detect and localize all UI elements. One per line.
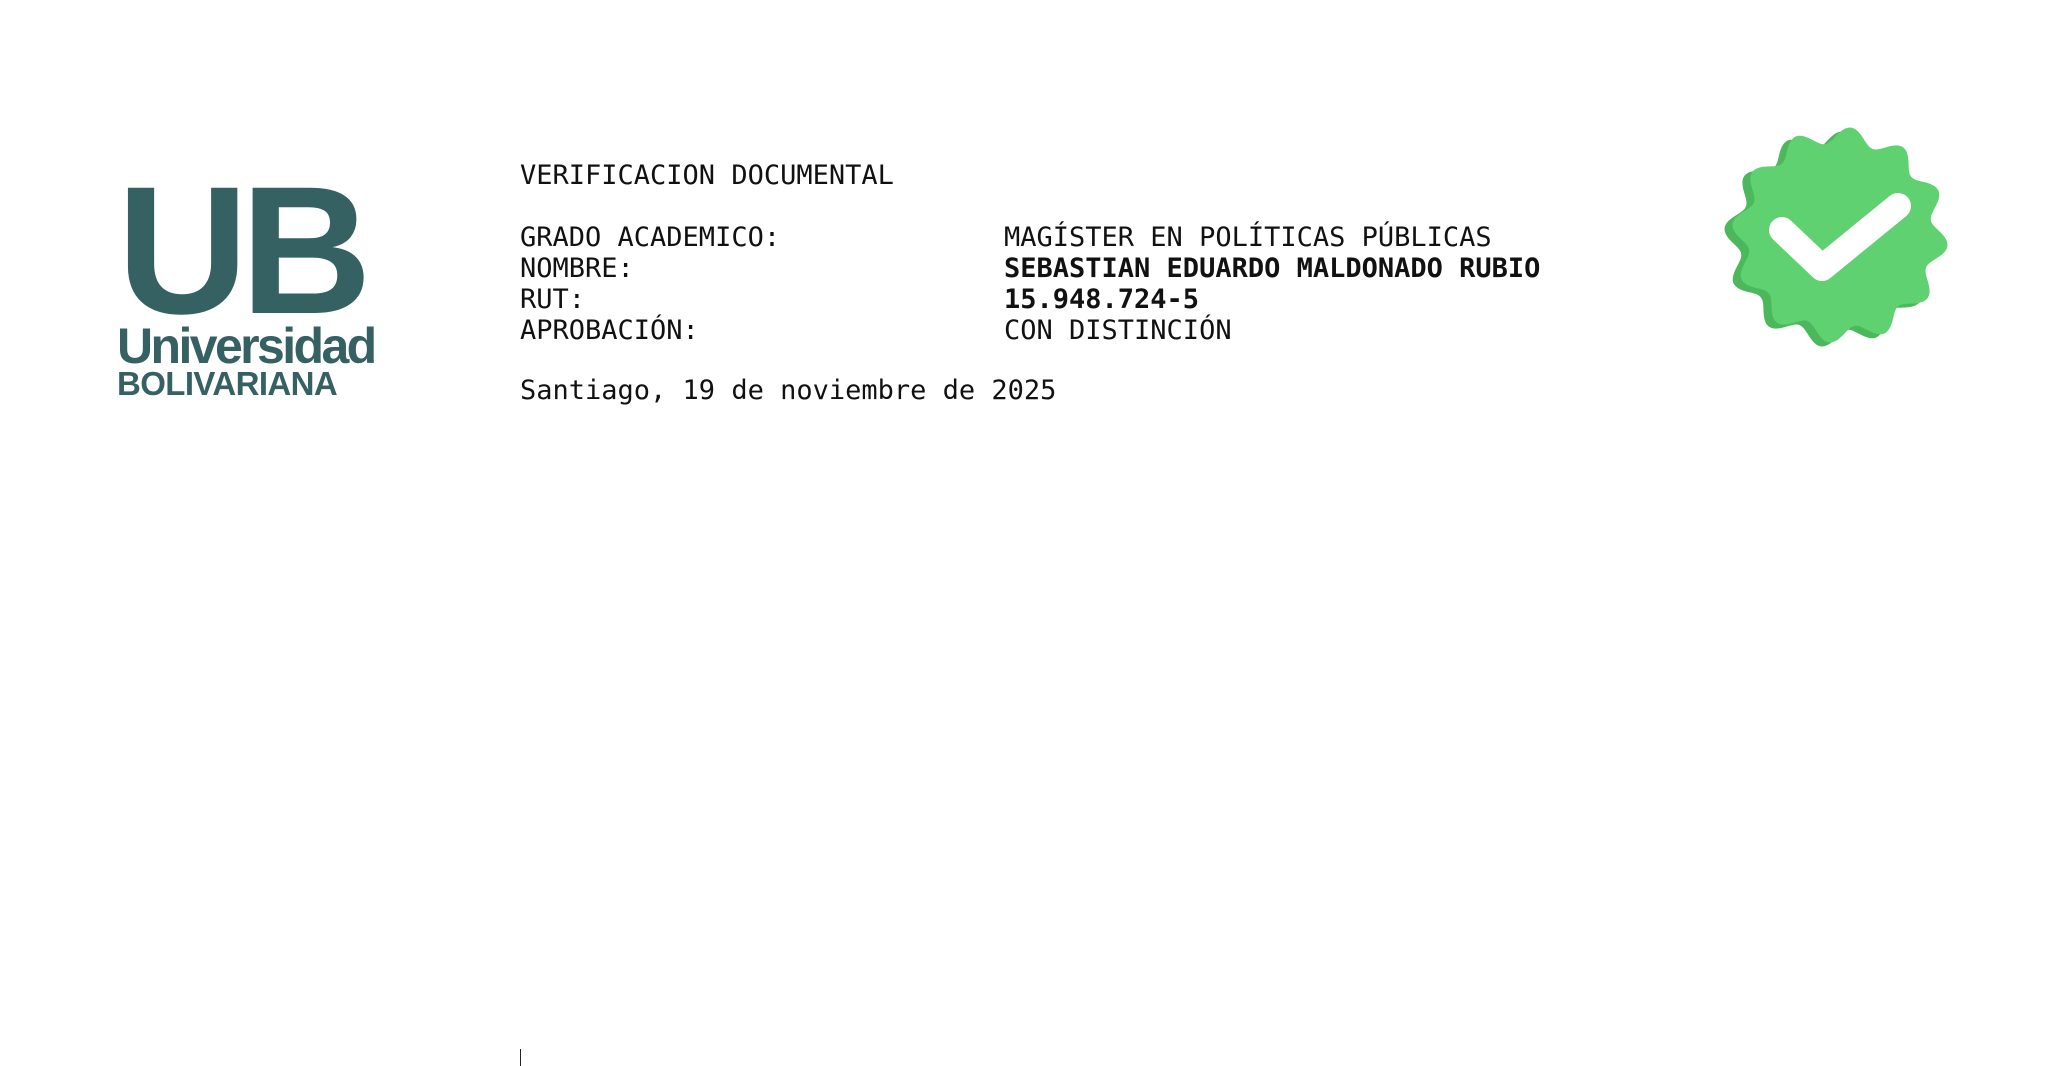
- field-value-grado: MAGÍSTER EN POLÍTICAS PÚBLICAS: [1004, 222, 1492, 253]
- field-value-rut: 15.948.724-5: [1004, 284, 1199, 315]
- logo-line-universidad: Universidad: [117, 321, 375, 371]
- verified-badge-icon: [1724, 122, 1952, 350]
- place-date: Santiago, 19 de noviembre de 2025: [520, 375, 1056, 406]
- field-label-aprobacion: APROBACIÓN:: [520, 315, 699, 346]
- university-logo: UB Universidad BOLIVARIANA: [117, 189, 389, 401]
- field-label-nombre: NOMBRE:: [520, 253, 634, 284]
- document-title: VERIFICACION DOCUMENTAL: [520, 160, 894, 191]
- logo-line-bolivariana: BOLIVARIANA: [117, 367, 337, 400]
- field-label-rut: RUT:: [520, 284, 585, 315]
- field-label-grado: GRADO ACADEMICO:: [520, 222, 780, 253]
- field-value-nombre: SEBASTIAN EDUARDO MALDONADO RUBIO: [1004, 253, 1540, 284]
- field-value-aprobacion: CON DISTINCIÓN: [1004, 315, 1232, 346]
- text-cursor: [520, 1049, 521, 1066]
- check-icon: [1724, 122, 1952, 350]
- logo-mark: UB: [117, 159, 364, 341]
